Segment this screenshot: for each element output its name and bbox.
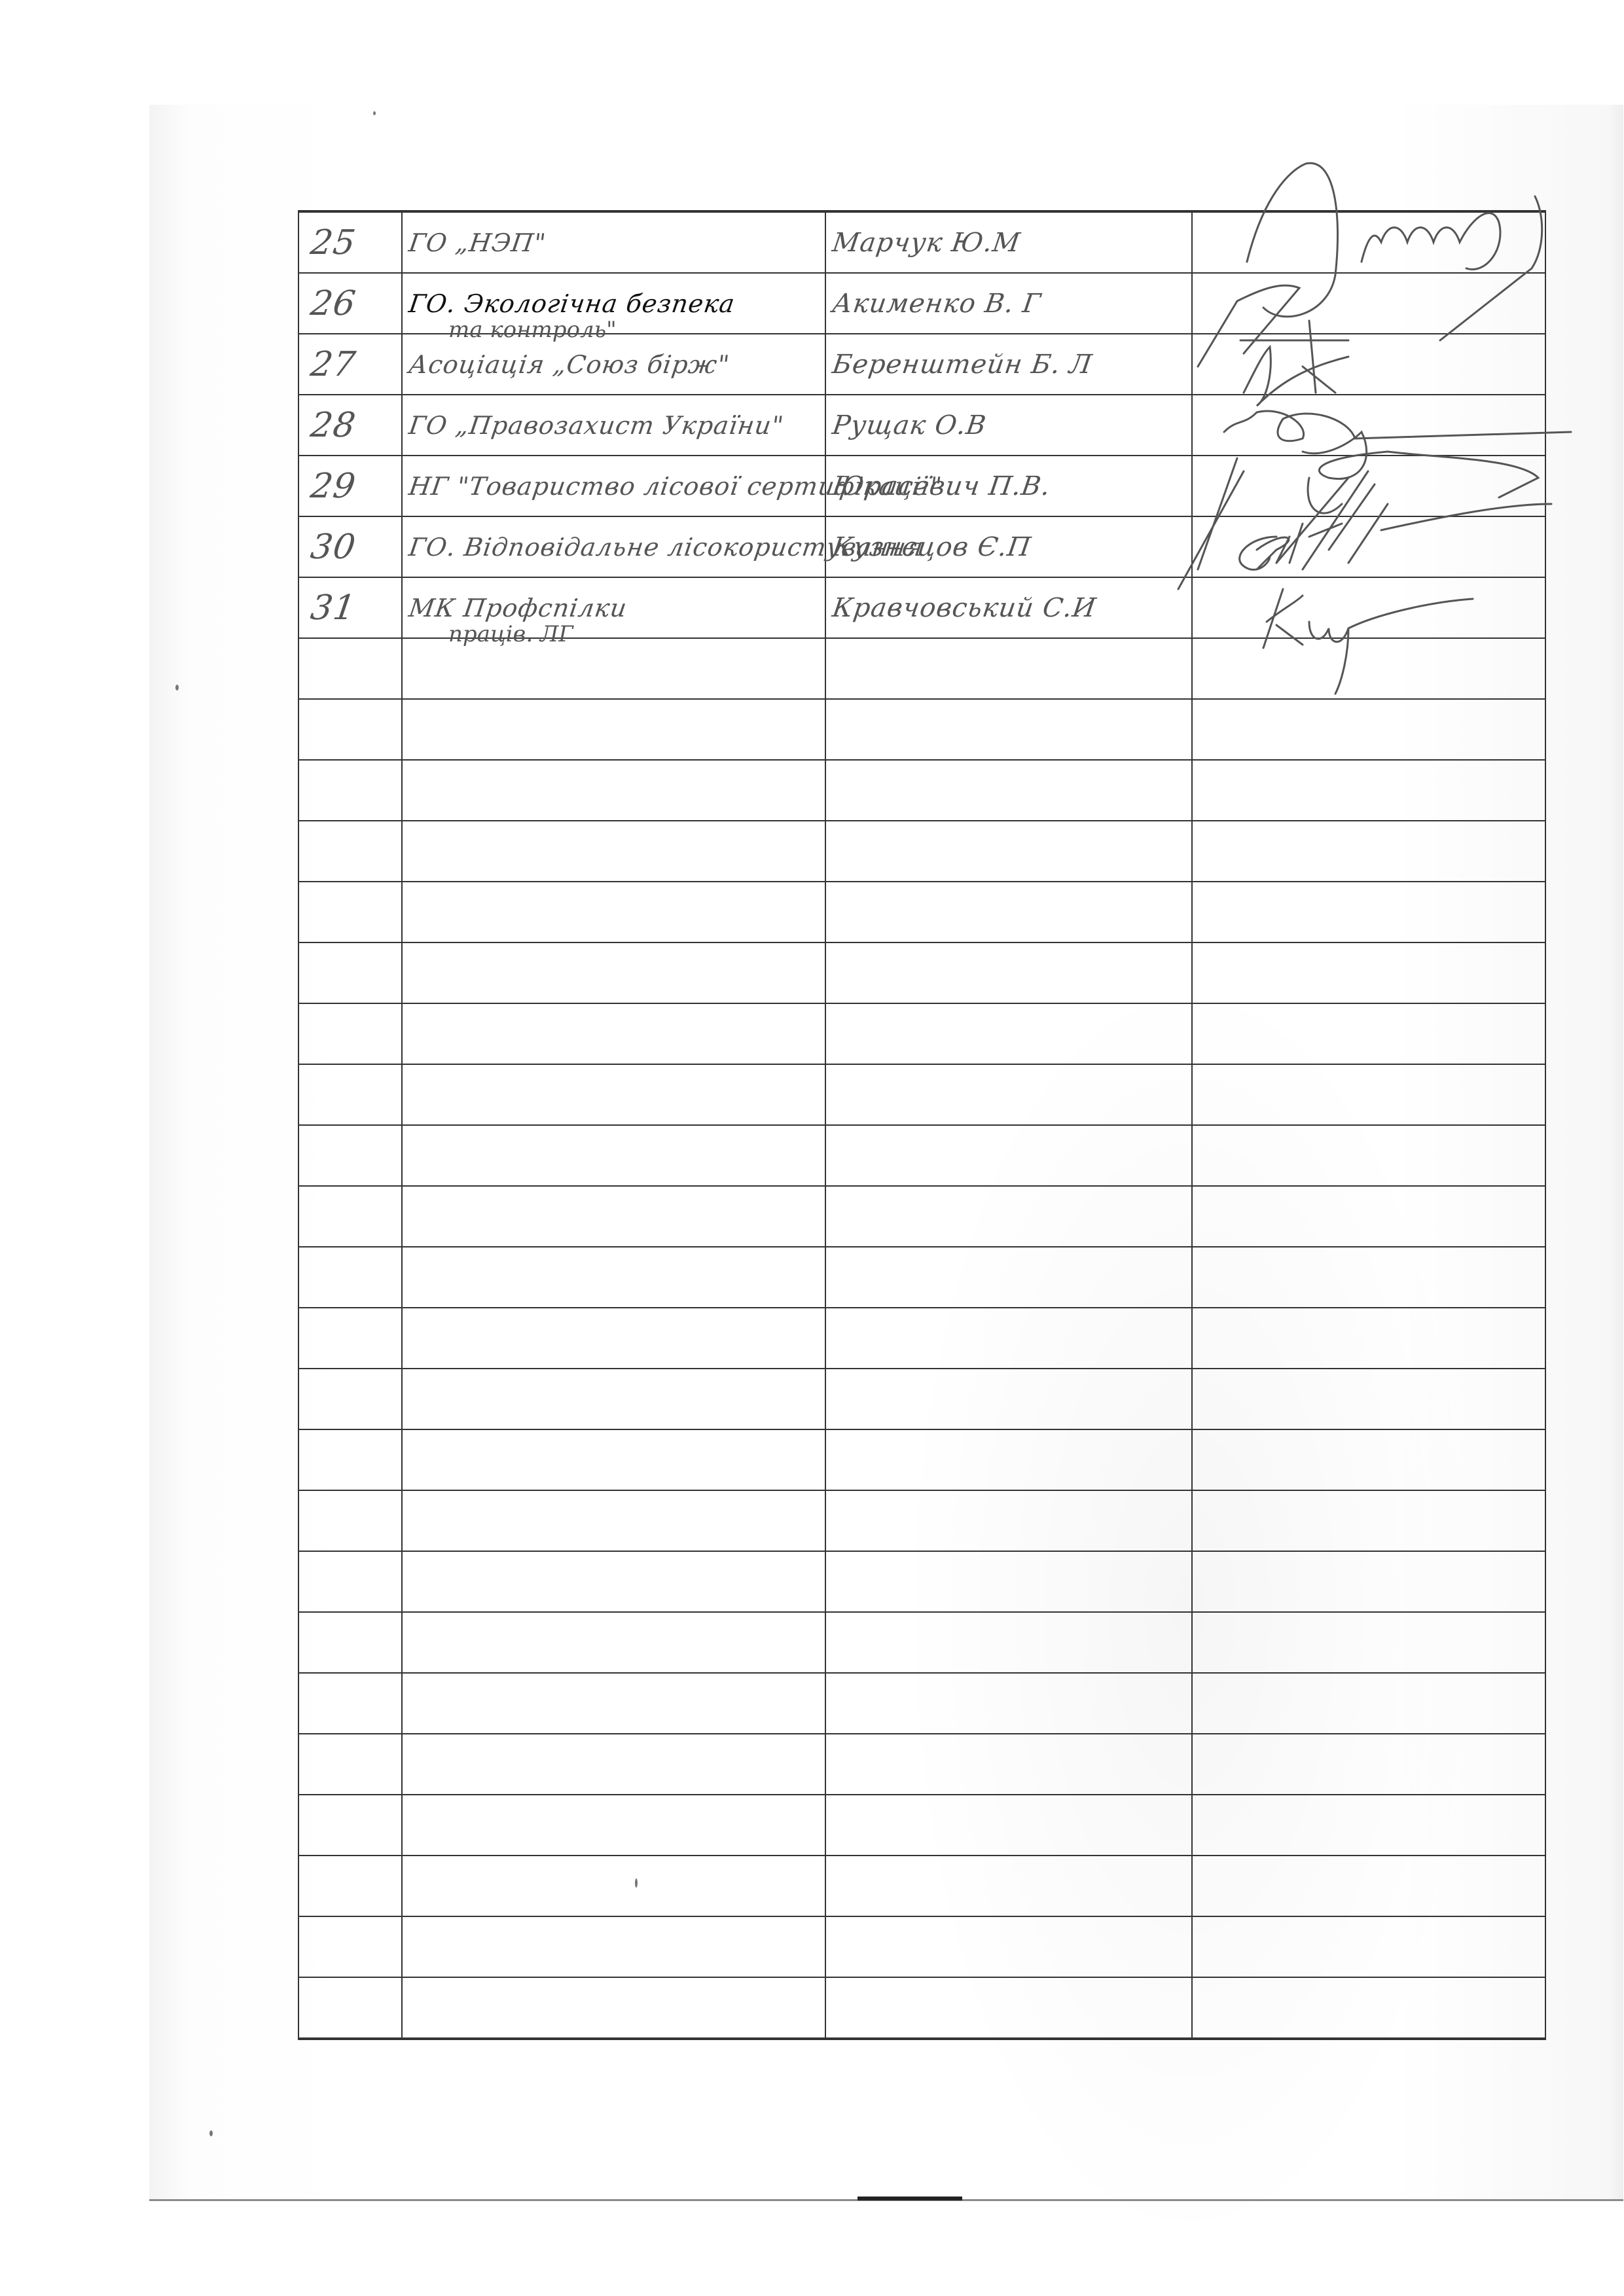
- cell-number: [298, 1186, 402, 1247]
- cell-signature: [1192, 1977, 1545, 2039]
- cell-organization: [402, 1247, 825, 1308]
- cell-organization: [402, 1490, 825, 1551]
- cell-person: [825, 1612, 1192, 1673]
- table-row-empty: [298, 1856, 1545, 1916]
- cell-organization: [402, 1977, 825, 2039]
- cell-signature: [1192, 1369, 1545, 1429]
- cell-person: [825, 882, 1192, 942]
- cell-organization: [402, 1125, 825, 1186]
- cell-person: [825, 1916, 1192, 1977]
- organization-name: ГО „Правозахист України": [407, 411, 785, 440]
- row-number: 27: [303, 345, 359, 384]
- cell-number: [298, 1977, 402, 2039]
- cell-organization: [402, 1186, 825, 1247]
- cell-number: 27: [298, 334, 402, 395]
- table-row-empty: [298, 760, 1545, 821]
- cell-person: [825, 638, 1192, 699]
- cell-signature: [1192, 1856, 1545, 1916]
- cell-signature: [1192, 1308, 1545, 1369]
- cell-person: [825, 699, 1192, 760]
- person-name: Беренштейн Б. Л: [831, 350, 1094, 380]
- cell-person: [825, 1551, 1192, 1612]
- cell-number: [298, 882, 402, 942]
- cell-organization: [402, 638, 825, 699]
- cell-person: [825, 942, 1192, 1003]
- cell-person: [825, 1064, 1192, 1125]
- cell-organization: МК Профспілкипраців. ЛГ: [402, 577, 825, 638]
- cell-number: [298, 1490, 402, 1551]
- scan-speck: [209, 2130, 213, 2136]
- cell-signature: [1192, 516, 1545, 577]
- table-row-empty: [298, 1186, 1545, 1247]
- scan-speck: [175, 685, 179, 691]
- cell-number: [298, 1003, 402, 1064]
- cell-signature: [1192, 882, 1545, 942]
- cell-signature: [1192, 577, 1545, 638]
- cell-person: [825, 1308, 1192, 1369]
- cell-signature: [1192, 211, 1545, 273]
- cell-person: Акименко В. Г: [825, 273, 1192, 334]
- cell-number: 26: [298, 273, 402, 334]
- cell-person: [825, 1369, 1192, 1429]
- cell-number: [298, 1916, 402, 1977]
- registration-table-body: 25ГО „НЭП"Марчук Ю.М26ГО. Экологічна без…: [298, 211, 1545, 2039]
- cell-signature: [1192, 760, 1545, 821]
- organization-name: Асоціація „Союз бірж": [407, 350, 732, 379]
- table-row-empty: [298, 1795, 1545, 1856]
- table-row-empty: [298, 1308, 1545, 1369]
- cell-organization: Асоціація „Союз бірж": [402, 334, 825, 395]
- cell-organization: [402, 1795, 825, 1856]
- organization-name: ГО „НЭП": [407, 228, 548, 257]
- table-row: 26ГО. Экологічна безпеката контроль"Аким…: [298, 273, 1545, 334]
- cell-number: [298, 1429, 402, 1490]
- cell-number: 31: [298, 577, 402, 638]
- row-number: 28: [303, 406, 359, 445]
- cell-number: [298, 1795, 402, 1856]
- cell-signature: [1192, 334, 1545, 395]
- cell-organization: [402, 821, 825, 882]
- table-row: 31МК Профспілкипраців. ЛГКравчовський С.…: [298, 577, 1545, 638]
- table-row-empty: [298, 1429, 1545, 1490]
- cell-number: [298, 1064, 402, 1125]
- table-row: 27Асоціація „Союз бірж"Беренштейн Б. Л: [298, 334, 1545, 395]
- table-row: 29НГ "Товариство лісової сертифікації"Юр…: [298, 456, 1545, 516]
- cell-organization: [402, 1429, 825, 1490]
- table-row-empty: [298, 1551, 1545, 1612]
- cell-number: [298, 821, 402, 882]
- cell-signature: [1192, 942, 1545, 1003]
- cell-number: [298, 1612, 402, 1673]
- cell-person: [825, 821, 1192, 882]
- cell-organization: ГО. Экологічна безпеката контроль": [402, 273, 825, 334]
- cell-number: [298, 1551, 402, 1612]
- cell-person: [825, 1795, 1192, 1856]
- table-row-empty: [298, 1125, 1545, 1186]
- cell-signature: [1192, 1673, 1545, 1734]
- person-name: Кравчовський С.И: [831, 593, 1098, 623]
- cell-person: [825, 1734, 1192, 1795]
- table-row: 30ГО. Відповідальне лісокористуванняКузн…: [298, 516, 1545, 577]
- cell-person: [825, 1429, 1192, 1490]
- cell-person: Кузнєцов Є.П: [825, 516, 1192, 577]
- cell-signature: [1192, 1795, 1545, 1856]
- cell-person: Юрасевич П.В.: [825, 456, 1192, 516]
- table-row: 28ГО „Правозахист України"Рущак О.В: [298, 395, 1545, 456]
- cell-organization: [402, 1369, 825, 1429]
- cell-organization: [402, 1308, 825, 1369]
- cell-number: [298, 1125, 402, 1186]
- row-number: 26: [303, 284, 359, 323]
- cell-signature: [1192, 638, 1545, 699]
- cell-signature: [1192, 1734, 1545, 1795]
- cell-person: [825, 1247, 1192, 1308]
- cell-signature: [1192, 1916, 1545, 1977]
- cell-organization: [402, 882, 825, 942]
- cell-signature: [1192, 1186, 1545, 1247]
- table-row-empty: [298, 1003, 1545, 1064]
- cell-number: [298, 638, 402, 699]
- table-row-empty: [298, 1916, 1545, 1977]
- table-row-empty: [298, 1612, 1545, 1673]
- person-name: Марчук Ю.М: [831, 228, 1022, 258]
- cell-organization: ГО „НЭП": [402, 211, 825, 273]
- cell-organization: [402, 942, 825, 1003]
- table-row-empty: [298, 1247, 1545, 1308]
- cell-signature: [1192, 699, 1545, 760]
- table-row-empty: [298, 1734, 1545, 1795]
- person-name: Рущак О.В: [831, 410, 988, 440]
- cell-number: [298, 1734, 402, 1795]
- cell-person: Марчук Ю.М: [825, 211, 1192, 273]
- cell-person: [825, 1856, 1192, 1916]
- table-row-empty: [298, 638, 1545, 699]
- table-row-empty: [298, 1490, 1545, 1551]
- scan-speck: [373, 111, 376, 115]
- organization-name: МК Профспілки: [407, 594, 629, 622]
- cell-organization: ГО „Правозахист України": [402, 395, 825, 456]
- cell-signature: [1192, 821, 1545, 882]
- table-row-empty: [298, 1673, 1545, 1734]
- row-number: 30: [303, 528, 359, 567]
- cell-organization: [402, 1612, 825, 1673]
- cell-number: 25: [298, 211, 402, 273]
- table-row-empty: [298, 1977, 1545, 2039]
- cell-number: [298, 1673, 402, 1734]
- cell-number: [298, 1247, 402, 1308]
- cell-organization: [402, 1734, 825, 1795]
- cell-number: 30: [298, 516, 402, 577]
- person-name: Юрасевич П.В.: [831, 471, 1053, 501]
- cell-number: [298, 1369, 402, 1429]
- cell-organization: [402, 1856, 825, 1916]
- cell-person: Кравчовський С.И: [825, 577, 1192, 638]
- cell-signature: [1192, 1551, 1545, 1612]
- cell-person: [825, 1186, 1192, 1247]
- table-row-empty: [298, 882, 1545, 942]
- cell-person: [825, 760, 1192, 821]
- cell-person: [825, 1003, 1192, 1064]
- registration-table: 25ГО „НЭП"Марчук Ю.М26ГО. Экологічна без…: [298, 210, 1546, 2040]
- table-row-empty: [298, 1369, 1545, 1429]
- cell-organization: [402, 1916, 825, 1977]
- cell-number: [298, 1308, 402, 1369]
- cell-person: [825, 1125, 1192, 1186]
- cell-organization: [402, 760, 825, 821]
- cell-signature: [1192, 1125, 1545, 1186]
- cell-organization: [402, 1551, 825, 1612]
- cell-person: [825, 1490, 1192, 1551]
- person-name: Кузнєцов Є.П: [831, 532, 1033, 562]
- cell-signature: [1192, 1064, 1545, 1125]
- cell-organization: [402, 1064, 825, 1125]
- cell-person: [825, 1673, 1192, 1734]
- table-row: 25ГО „НЭП"Марчук Ю.М: [298, 211, 1545, 273]
- cell-person: Беренштейн Б. Л: [825, 334, 1192, 395]
- cell-organization: [402, 1003, 825, 1064]
- cell-number: [298, 1856, 402, 1916]
- scan-edge-mark: [857, 2197, 962, 2200]
- cell-signature: [1192, 1490, 1545, 1551]
- table-row-empty: [298, 1064, 1545, 1125]
- cell-signature: [1192, 456, 1545, 516]
- table-row-empty: [298, 699, 1545, 760]
- table-row-empty: [298, 942, 1545, 1003]
- cell-person: [825, 1977, 1192, 2039]
- organization-name: ГО. Экологічна безпека: [407, 289, 737, 318]
- cell-number: [298, 760, 402, 821]
- cell-signature: [1192, 1247, 1545, 1308]
- cell-organization: НГ "Товариство лісової сертифікації": [402, 456, 825, 516]
- person-name: Акименко В. Г: [831, 289, 1043, 319]
- row-number: 29: [303, 467, 359, 506]
- table-row-empty: [298, 821, 1545, 882]
- cell-signature: [1192, 1003, 1545, 1064]
- cell-signature: [1192, 395, 1545, 456]
- cell-organization: [402, 699, 825, 760]
- row-number: 31: [303, 588, 359, 628]
- cell-signature: [1192, 1612, 1545, 1673]
- cell-number: 29: [298, 456, 402, 516]
- row-number: 25: [303, 223, 359, 262]
- cell-number: [298, 942, 402, 1003]
- cell-signature: [1192, 273, 1545, 334]
- cell-person: Рущак О.В: [825, 395, 1192, 456]
- cell-number: [298, 699, 402, 760]
- cell-signature: [1192, 1429, 1545, 1490]
- cell-organization: [402, 1673, 825, 1734]
- cell-organization: ГО. Відповідальне лісокористування: [402, 516, 825, 577]
- cell-number: 28: [298, 395, 402, 456]
